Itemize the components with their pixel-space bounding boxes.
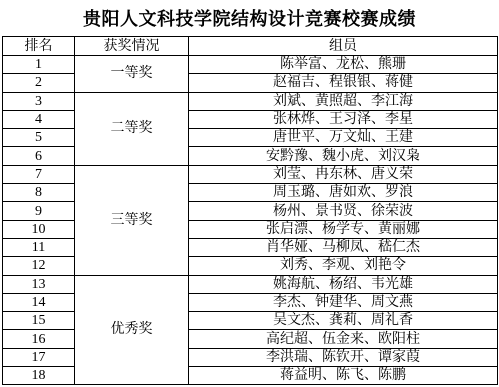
members-cell: 周玉璐、唐如欢、罗浪 (189, 184, 498, 202)
rank-cell: 15 (3, 312, 75, 330)
header-rank: 排名 (3, 37, 75, 56)
award-cell: 二等奖 (75, 92, 189, 165)
results-table: 排名 获奖情况 组员 1一等奖陈举富、龙松、熊珊2赵福吉、程银银、蒋健3二等奖刘… (2, 36, 498, 385)
rank-cell: 1 (3, 56, 75, 74)
members-cell: 肖华娅、马柳凤、嵇仁杰 (189, 238, 498, 256)
header-members: 组员 (189, 37, 498, 56)
award-cell: 一等奖 (75, 56, 189, 93)
table-row: 7三等奖刘莹、冉东林、唐义荣 (3, 165, 498, 183)
members-cell: 唐世平、万文灿、王建 (189, 129, 498, 147)
table-header-row: 排名 获奖情况 组员 (3, 37, 498, 56)
members-cell: 蒋益明、陈飞、陈鹏 (189, 367, 498, 385)
members-cell: 李杰、钟建华、周文燕 (189, 293, 498, 311)
members-cell: 刘斌、黄照超、李江海 (189, 92, 498, 110)
members-cell: 吴文杰、龚莉、周礼香 (189, 312, 498, 330)
rank-cell: 4 (3, 110, 75, 128)
rank-cell: 2 (3, 74, 75, 92)
rank-cell: 18 (3, 367, 75, 385)
rank-cell: 10 (3, 220, 75, 238)
members-cell: 陈举富、龙松、熊珊 (189, 56, 498, 74)
page-title: 贵阳人文科技学院结构设计竞赛校赛成绩 (0, 0, 499, 36)
rank-cell: 9 (3, 202, 75, 220)
header-award: 获奖情况 (75, 37, 189, 56)
rank-cell: 13 (3, 275, 75, 293)
rank-cell: 5 (3, 129, 75, 147)
rank-cell: 11 (3, 238, 75, 256)
members-cell: 赵福吉、程银银、蒋健 (189, 74, 498, 92)
members-cell: 张林烨、王习泽、李星 (189, 110, 498, 128)
rank-cell: 12 (3, 257, 75, 275)
rank-cell: 16 (3, 330, 75, 348)
members-cell: 高纪超、伍金来、欧阳柱 (189, 330, 498, 348)
rank-cell: 17 (3, 348, 75, 366)
results-table-body: 1一等奖陈举富、龙松、熊珊2赵福吉、程银银、蒋健3二等奖刘斌、黄照超、李江海4张… (3, 56, 498, 385)
award-cell: 三等奖 (75, 165, 189, 275)
members-cell: 安黔豫、魏小虎、刘汉枭 (189, 147, 498, 165)
table-row: 3二等奖刘斌、黄照超、李江海 (3, 92, 498, 110)
table-row: 1一等奖陈举富、龙松、熊珊 (3, 56, 498, 74)
rank-cell: 14 (3, 293, 75, 311)
members-cell: 张启漂、杨学专、黄丽娜 (189, 220, 498, 238)
members-cell: 刘秀、李观、刘艳令 (189, 257, 498, 275)
rank-cell: 8 (3, 184, 75, 202)
award-cell: 优秀奖 (75, 275, 189, 385)
rank-cell: 3 (3, 92, 75, 110)
members-cell: 姚海航、杨绍、韦光雄 (189, 275, 498, 293)
rank-cell: 7 (3, 165, 75, 183)
rank-cell: 6 (3, 147, 75, 165)
table-row: 13优秀奖姚海航、杨绍、韦光雄 (3, 275, 498, 293)
members-cell: 杨州、景书贤、徐荣波 (189, 202, 498, 220)
members-cell: 刘莹、冉东林、唐义荣 (189, 165, 498, 183)
members-cell: 李洪瑞、陈钦开、谭家葭 (189, 348, 498, 366)
